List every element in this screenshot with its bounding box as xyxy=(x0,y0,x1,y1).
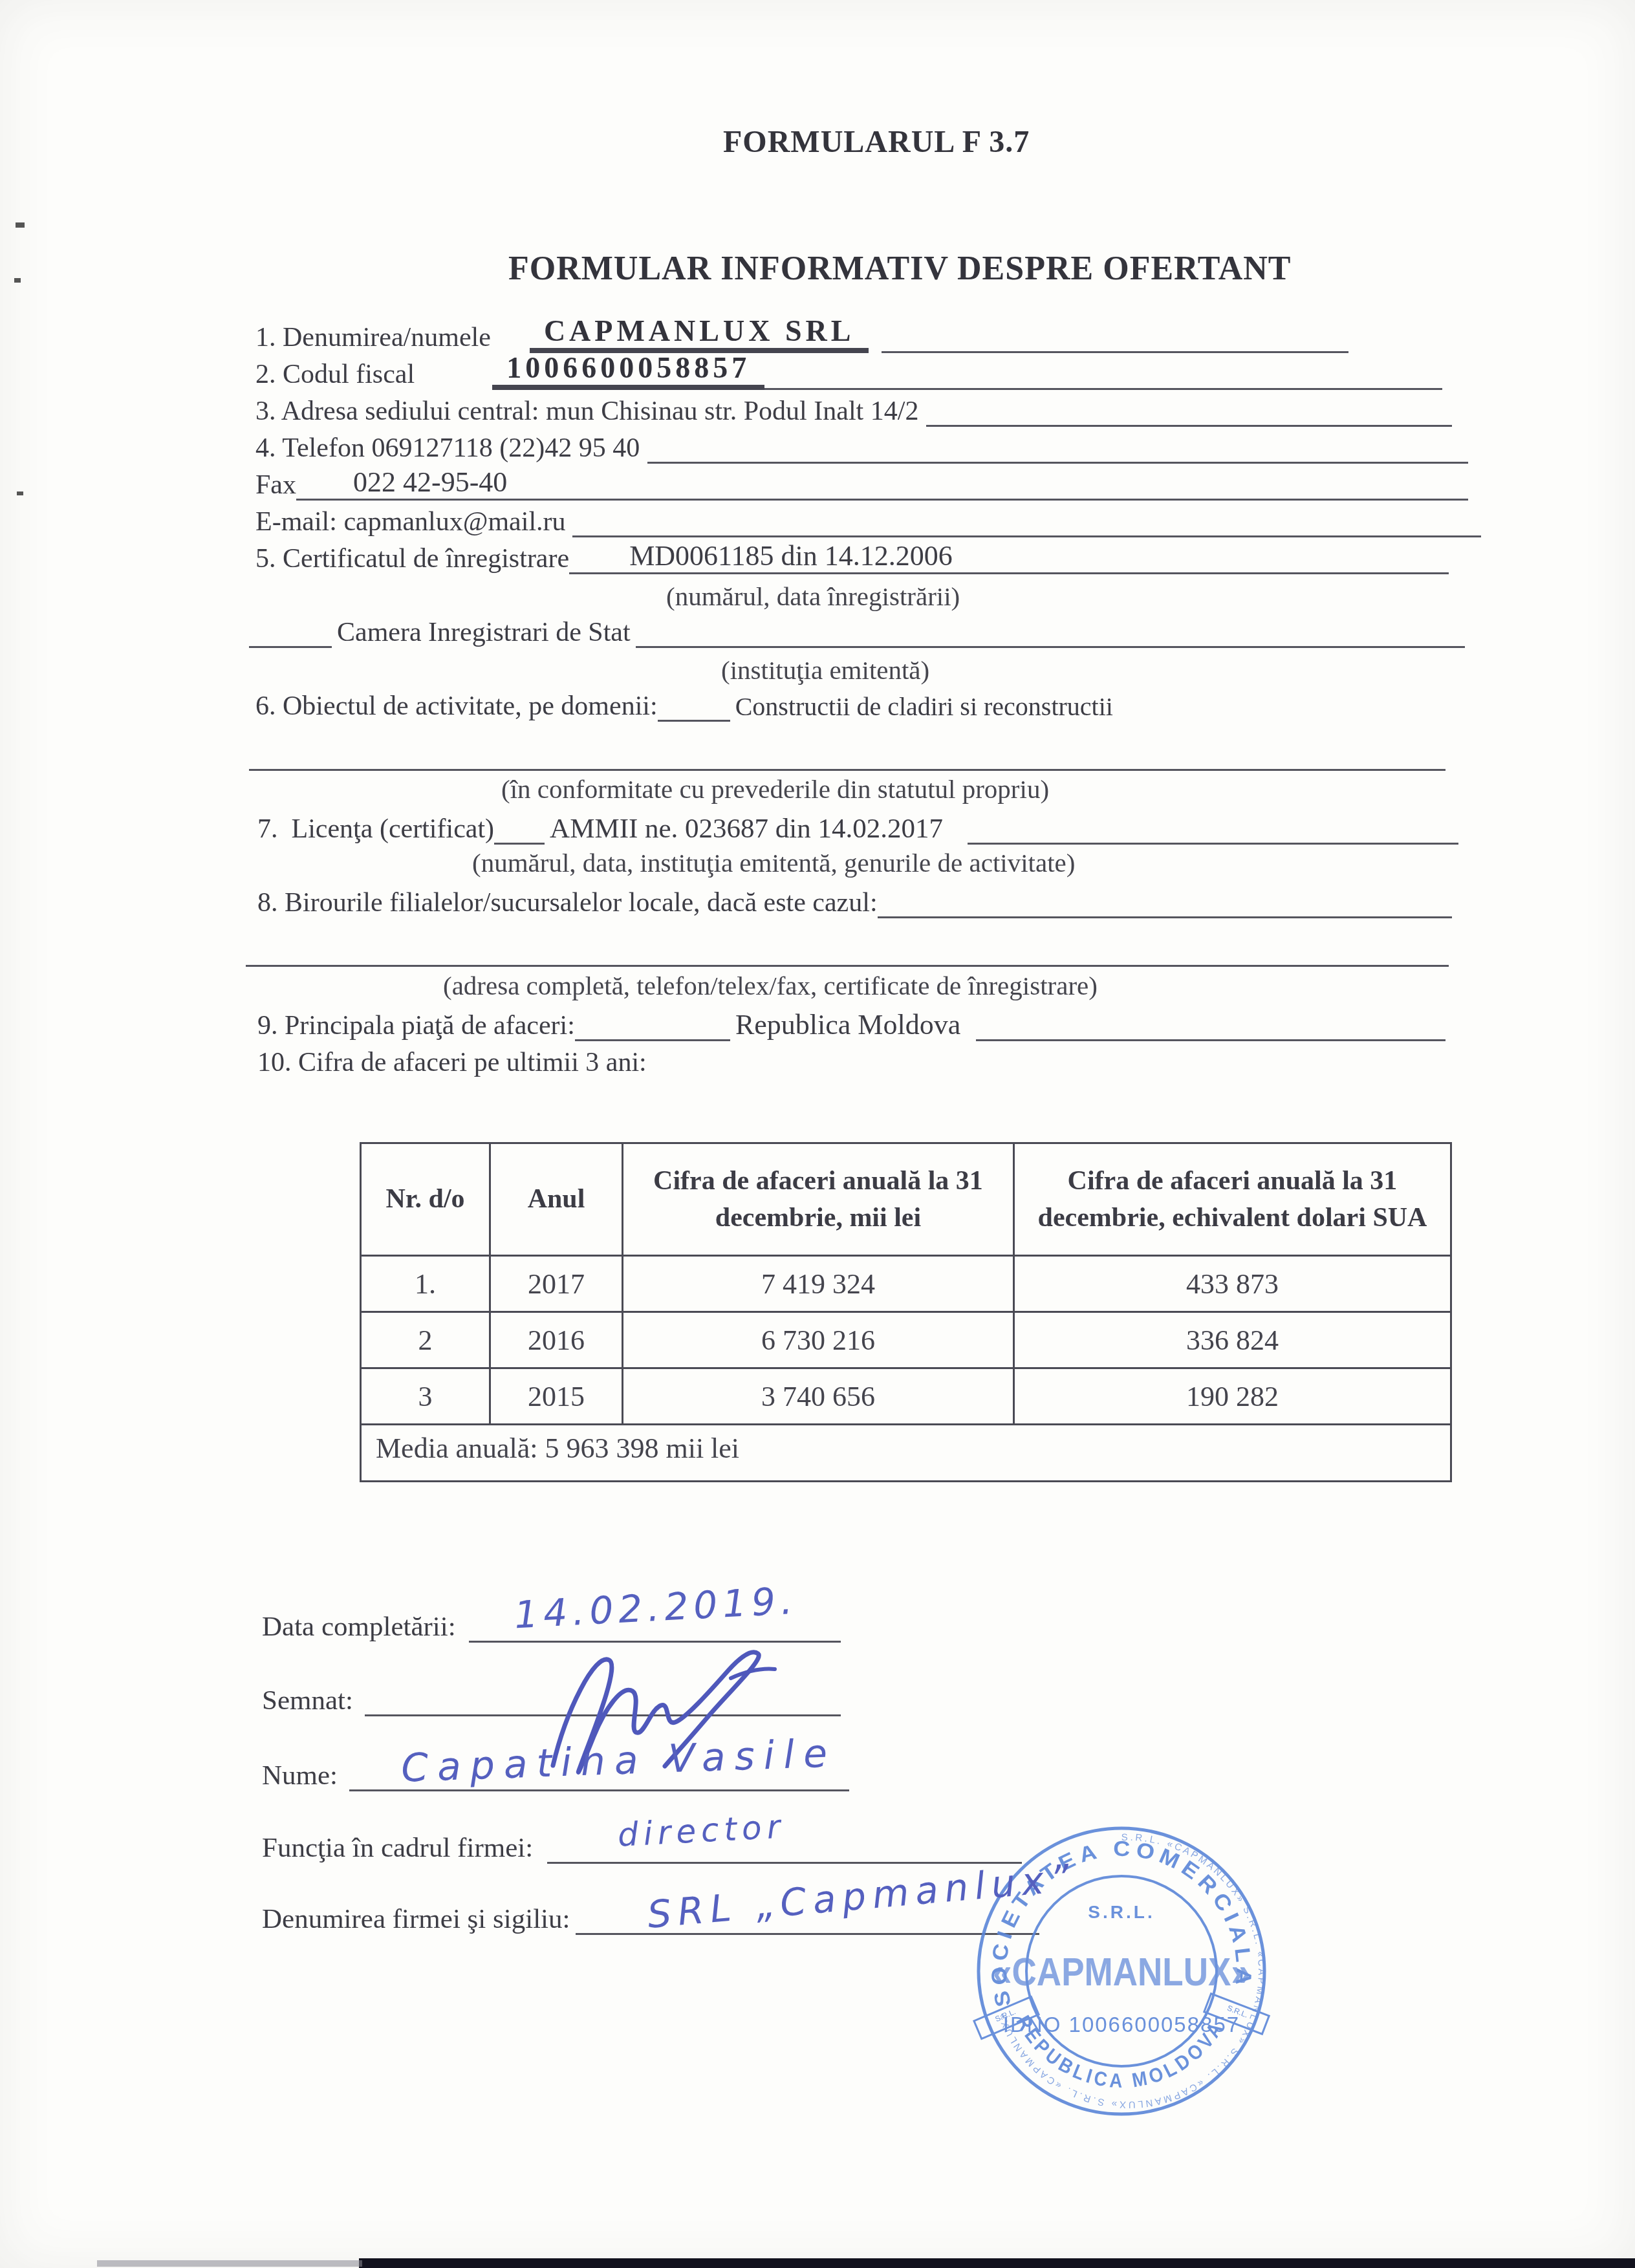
field-line-obiect: 6. Obiectul de activitate, pe domenii: C… xyxy=(255,687,1355,722)
field-line-institutia: Camera Inregistrari de Stat xyxy=(249,613,1465,648)
cell-nr: 3 xyxy=(361,1368,490,1425)
stamp-center-name: «CAPMANLUX» xyxy=(993,1950,1250,1994)
blank-line xyxy=(882,318,1348,353)
spacer xyxy=(869,318,882,353)
certificat-value: MD0061185 din 14.12.2006 xyxy=(624,539,958,574)
blank-line xyxy=(658,687,730,722)
certificat-hint: (numărul, data înregistrării) xyxy=(666,581,960,612)
table-row: 3 2015 3 740 656 190 282 xyxy=(361,1368,1451,1425)
blank-line xyxy=(296,466,348,501)
denumirea-value: CAPMANLUX SRL xyxy=(530,314,869,353)
denumirea-label: 1. Denumirea/numele xyxy=(255,322,491,353)
field-line-piata: 9. Principala piaţă de afaceri: Republic… xyxy=(257,1006,1446,1041)
cell-dolari: 433 873 xyxy=(1014,1256,1451,1312)
spacer xyxy=(338,1756,349,1791)
spacer xyxy=(566,502,572,537)
cell-mii-lei: 7 419 324 xyxy=(623,1256,1014,1312)
signature-stroke xyxy=(731,1669,775,1678)
cifra-label: 10. Cifra de afaceri pe ultimii 3 ani: xyxy=(257,1047,647,1078)
blank-line xyxy=(958,539,1449,574)
cell-nr: 1. xyxy=(361,1256,490,1312)
form-title: FORMULAR INFORMATIV DESPRE OFERTANT xyxy=(508,250,1291,288)
blank-line-row xyxy=(246,932,1449,967)
blank-line xyxy=(647,429,1468,464)
spacer xyxy=(640,429,647,464)
col-header-dolari: Cifra de afaceri anuală la 31 decembrie,… xyxy=(1014,1143,1451,1256)
blank-line xyxy=(636,613,1465,648)
blank-line xyxy=(926,392,1452,427)
cell-anul: 2016 xyxy=(490,1312,623,1368)
blank-line xyxy=(246,932,1449,967)
cell-anul: 2015 xyxy=(490,1368,623,1425)
col-header-anul: Anul xyxy=(490,1143,623,1256)
date-label: Data completării: xyxy=(262,1611,456,1643)
piata-label: 9. Principala piaţă de afaceri: xyxy=(257,1010,575,1041)
scan-artifact-speck xyxy=(17,491,23,495)
field-line-denumirea: 1. Denumirea/numele CAPMANLUX SRL xyxy=(255,318,1348,353)
licenta-hint: (numărul, data, instituţia emitentă, gen… xyxy=(472,847,1075,878)
adresa-label: 3. Adresa sediului central: mun Chisinau… xyxy=(255,396,918,427)
certificat-label: 5. Certificatul de înregistrare xyxy=(255,543,569,574)
scan-artifact-speck xyxy=(14,278,21,283)
codul-fiscal-value: 1006600058857 xyxy=(492,351,764,390)
spacer xyxy=(918,392,926,427)
blank-line xyxy=(575,1006,730,1041)
blank-line xyxy=(878,883,1452,918)
field-line-adresa: 3. Adresa sediului central: mun Chisinau… xyxy=(255,392,1452,427)
scan-artifact-smudge xyxy=(97,2260,362,2267)
scanned-form-page: FORMULARUL F 3.7 FORMULAR INFORMATIV DES… xyxy=(0,0,1635,2268)
cell-dolari: 336 824 xyxy=(1014,1312,1451,1368)
spacer xyxy=(948,810,968,845)
table-row: 1. 2017 7 419 324 433 873 xyxy=(361,1256,1451,1312)
field-line-fax: Fax 022 42-95-40 xyxy=(255,466,1468,501)
blank-line xyxy=(968,810,1458,845)
spacer xyxy=(456,1608,469,1643)
firm-label: Denumirea firmei şi sigiliu: xyxy=(262,1903,570,1935)
scan-artifact-band xyxy=(359,2258,1635,2268)
cell-dolari: 190 282 xyxy=(1014,1368,1451,1425)
turnover-table: Nr. d/o Anul Cifra de afaceri anuală la … xyxy=(360,1142,1452,1482)
blank-line xyxy=(572,502,1481,537)
piata-value: Republica Moldova xyxy=(730,1008,966,1041)
obiect-hint: (în conformitate cu prevederile din stat… xyxy=(501,773,1049,805)
table-header-row: Nr. d/o Anul Cifra de afaceri anuală la … xyxy=(361,1143,1451,1256)
media-anuala: Media anuală: 5 963 398 mii lei xyxy=(361,1425,1451,1482)
birouri-label: 8. Birourile filialelor/sucursalelor loc… xyxy=(257,887,878,918)
blank-line xyxy=(249,613,332,648)
function-label: Funcţia în cadrul firmei: xyxy=(262,1832,533,1864)
spacer xyxy=(415,355,492,390)
field-line-licenta: 7. Licenţa (certificat) AMMII ne. 023687… xyxy=(257,810,1458,845)
cell-nr: 2 xyxy=(361,1312,490,1368)
table-row: 2 2016 6 730 216 336 824 xyxy=(361,1312,1451,1368)
field-line-certificat: 5. Certificatul de înregistrare MD006118… xyxy=(255,539,1449,574)
birouri-hint: (adresa completă, telefon/telex/fax, cer… xyxy=(443,970,1098,1001)
institutia-value: Camera Inregistrari de Stat xyxy=(332,617,636,648)
telefon-label: 4. Telefon 069127118 (22)42 95 40 xyxy=(255,433,640,464)
blank-line xyxy=(494,810,545,845)
institutia-hint: (instituţia emitentă) xyxy=(721,654,929,686)
spacer xyxy=(491,318,530,353)
form-code: FORMULARUL F 3.7 xyxy=(723,124,1030,160)
codul-fiscal-label: 2. Codul fiscal xyxy=(255,359,415,390)
stamp-center-idno: IDNO 1006600058857 xyxy=(1003,2013,1240,2036)
fax-label: Fax xyxy=(255,470,296,501)
col-header-nr: Nr. d/o xyxy=(361,1143,490,1256)
licenta-label: 7. Licenţa (certificat) xyxy=(257,814,494,845)
name-label: Nume: xyxy=(262,1760,338,1791)
field-line-birouri: 8. Birourile filialelor/sucursalelor loc… xyxy=(257,883,1452,918)
table-footer-row: Media anuală: 5 963 398 mii lei xyxy=(361,1425,1451,1482)
field-line-cifra: 10. Cifra de afaceri pe ultimii 3 ani: xyxy=(257,1043,1034,1078)
blank-line xyxy=(976,1006,1446,1041)
email-label: E-mail: capmanlux@mail.ru xyxy=(255,506,566,537)
cell-mii-lei: 3 740 656 xyxy=(623,1368,1014,1425)
fax-value: 022 42-95-40 xyxy=(348,466,512,501)
blank-line xyxy=(512,466,1468,501)
spacer xyxy=(533,1829,547,1864)
spacer xyxy=(570,1900,576,1935)
licenta-value: AMMII ne. 023687 din 14.02.2017 xyxy=(545,813,948,845)
field-line-codul-fiscal: 2. Codul fiscal 1006600058857 xyxy=(255,355,1442,390)
field-line-email: E-mail: capmanlux@mail.ru xyxy=(255,502,1481,537)
obiect-label: 6. Obiectul de activitate, pe domenii: xyxy=(255,691,658,722)
spacer xyxy=(353,1681,365,1716)
field-line-telefon: 4. Telefon 069127118 (22)42 95 40 xyxy=(255,429,1468,464)
cell-anul: 2017 xyxy=(490,1256,623,1312)
col-header-mii-lei: Cifra de afaceri anuală la 31 decembrie,… xyxy=(623,1143,1014,1256)
blank-line-row xyxy=(249,736,1446,771)
scan-artifact-speck xyxy=(16,222,25,228)
cell-mii-lei: 6 730 216 xyxy=(623,1312,1014,1368)
blank-line xyxy=(249,736,1446,771)
blank-line xyxy=(764,355,1442,390)
obiect-value: Constructii de cladiri si reconstructii xyxy=(730,691,1118,722)
spacer xyxy=(966,1006,976,1041)
signed-label: Semnat: xyxy=(262,1685,353,1716)
stamp-center-srl: S.R.L. xyxy=(1088,1902,1154,1922)
blank-line xyxy=(569,539,624,574)
